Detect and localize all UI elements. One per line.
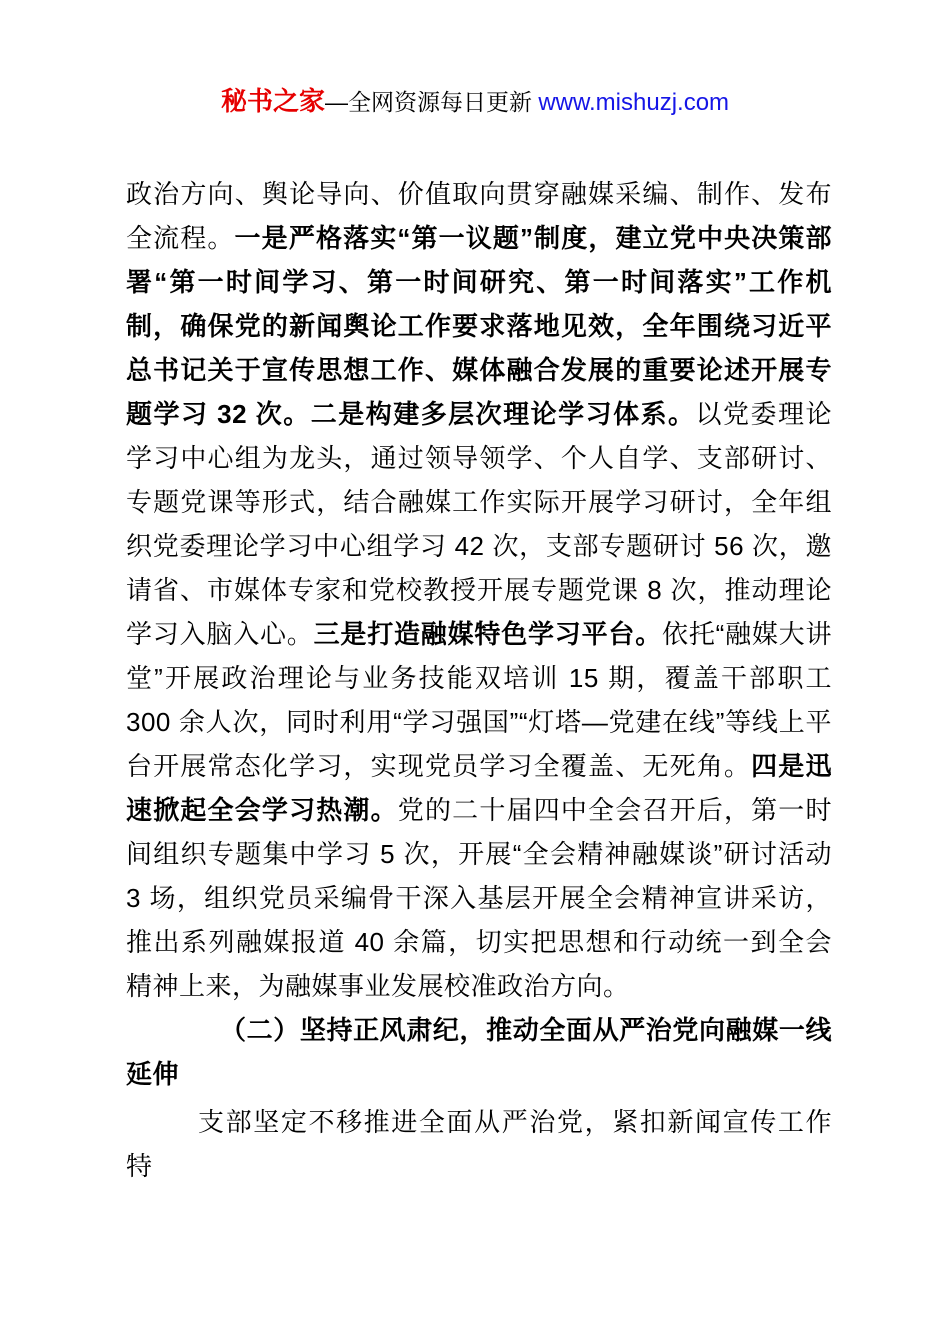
body-paragraph-continued: 政治方向、舆论导向、价值取向贯穿融媒采编、制作、发布全流程。一是严格落实“第一议… <box>126 172 832 1008</box>
document-page: 秘书之家—全网资源每日更新 www.mishuzj.com 政治方向、舆论导向、… <box>0 0 950 1344</box>
site-header: 秘书之家—全网资源每日更新 www.mishuzj.com <box>0 84 950 120</box>
site-brand: 秘书之家 <box>221 86 325 116</box>
document-body: 政治方向、舆论导向、价值取向贯穿融媒采编、制作、发布全流程。一是严格落实“第一议… <box>126 172 832 1188</box>
body-paragraph: 支部坚定不移推进全面从严治党，紧扣新闻宣传工作特 <box>126 1100 832 1188</box>
site-tagline: —全网资源每日更新 <box>325 89 538 115</box>
section-heading: （二）坚持正风肃纪，推动全面从严治党向融媒一线延伸 <box>126 1008 832 1096</box>
text-run: 以党委理论学习中心组为龙头，通过领导领学、个人自学、支部研讨、专题党课等形式，结… <box>126 399 832 649</box>
site-url-link[interactable]: www.mishuzj.com <box>538 89 729 116</box>
text-run: 党的二十届四中全会召开后，第一时间组织专题集中学习 5 次，开展“全会精神融媒谈… <box>126 795 832 1001</box>
text-run-bold: 三是打造融媒特色学习平台。 <box>314 619 662 649</box>
